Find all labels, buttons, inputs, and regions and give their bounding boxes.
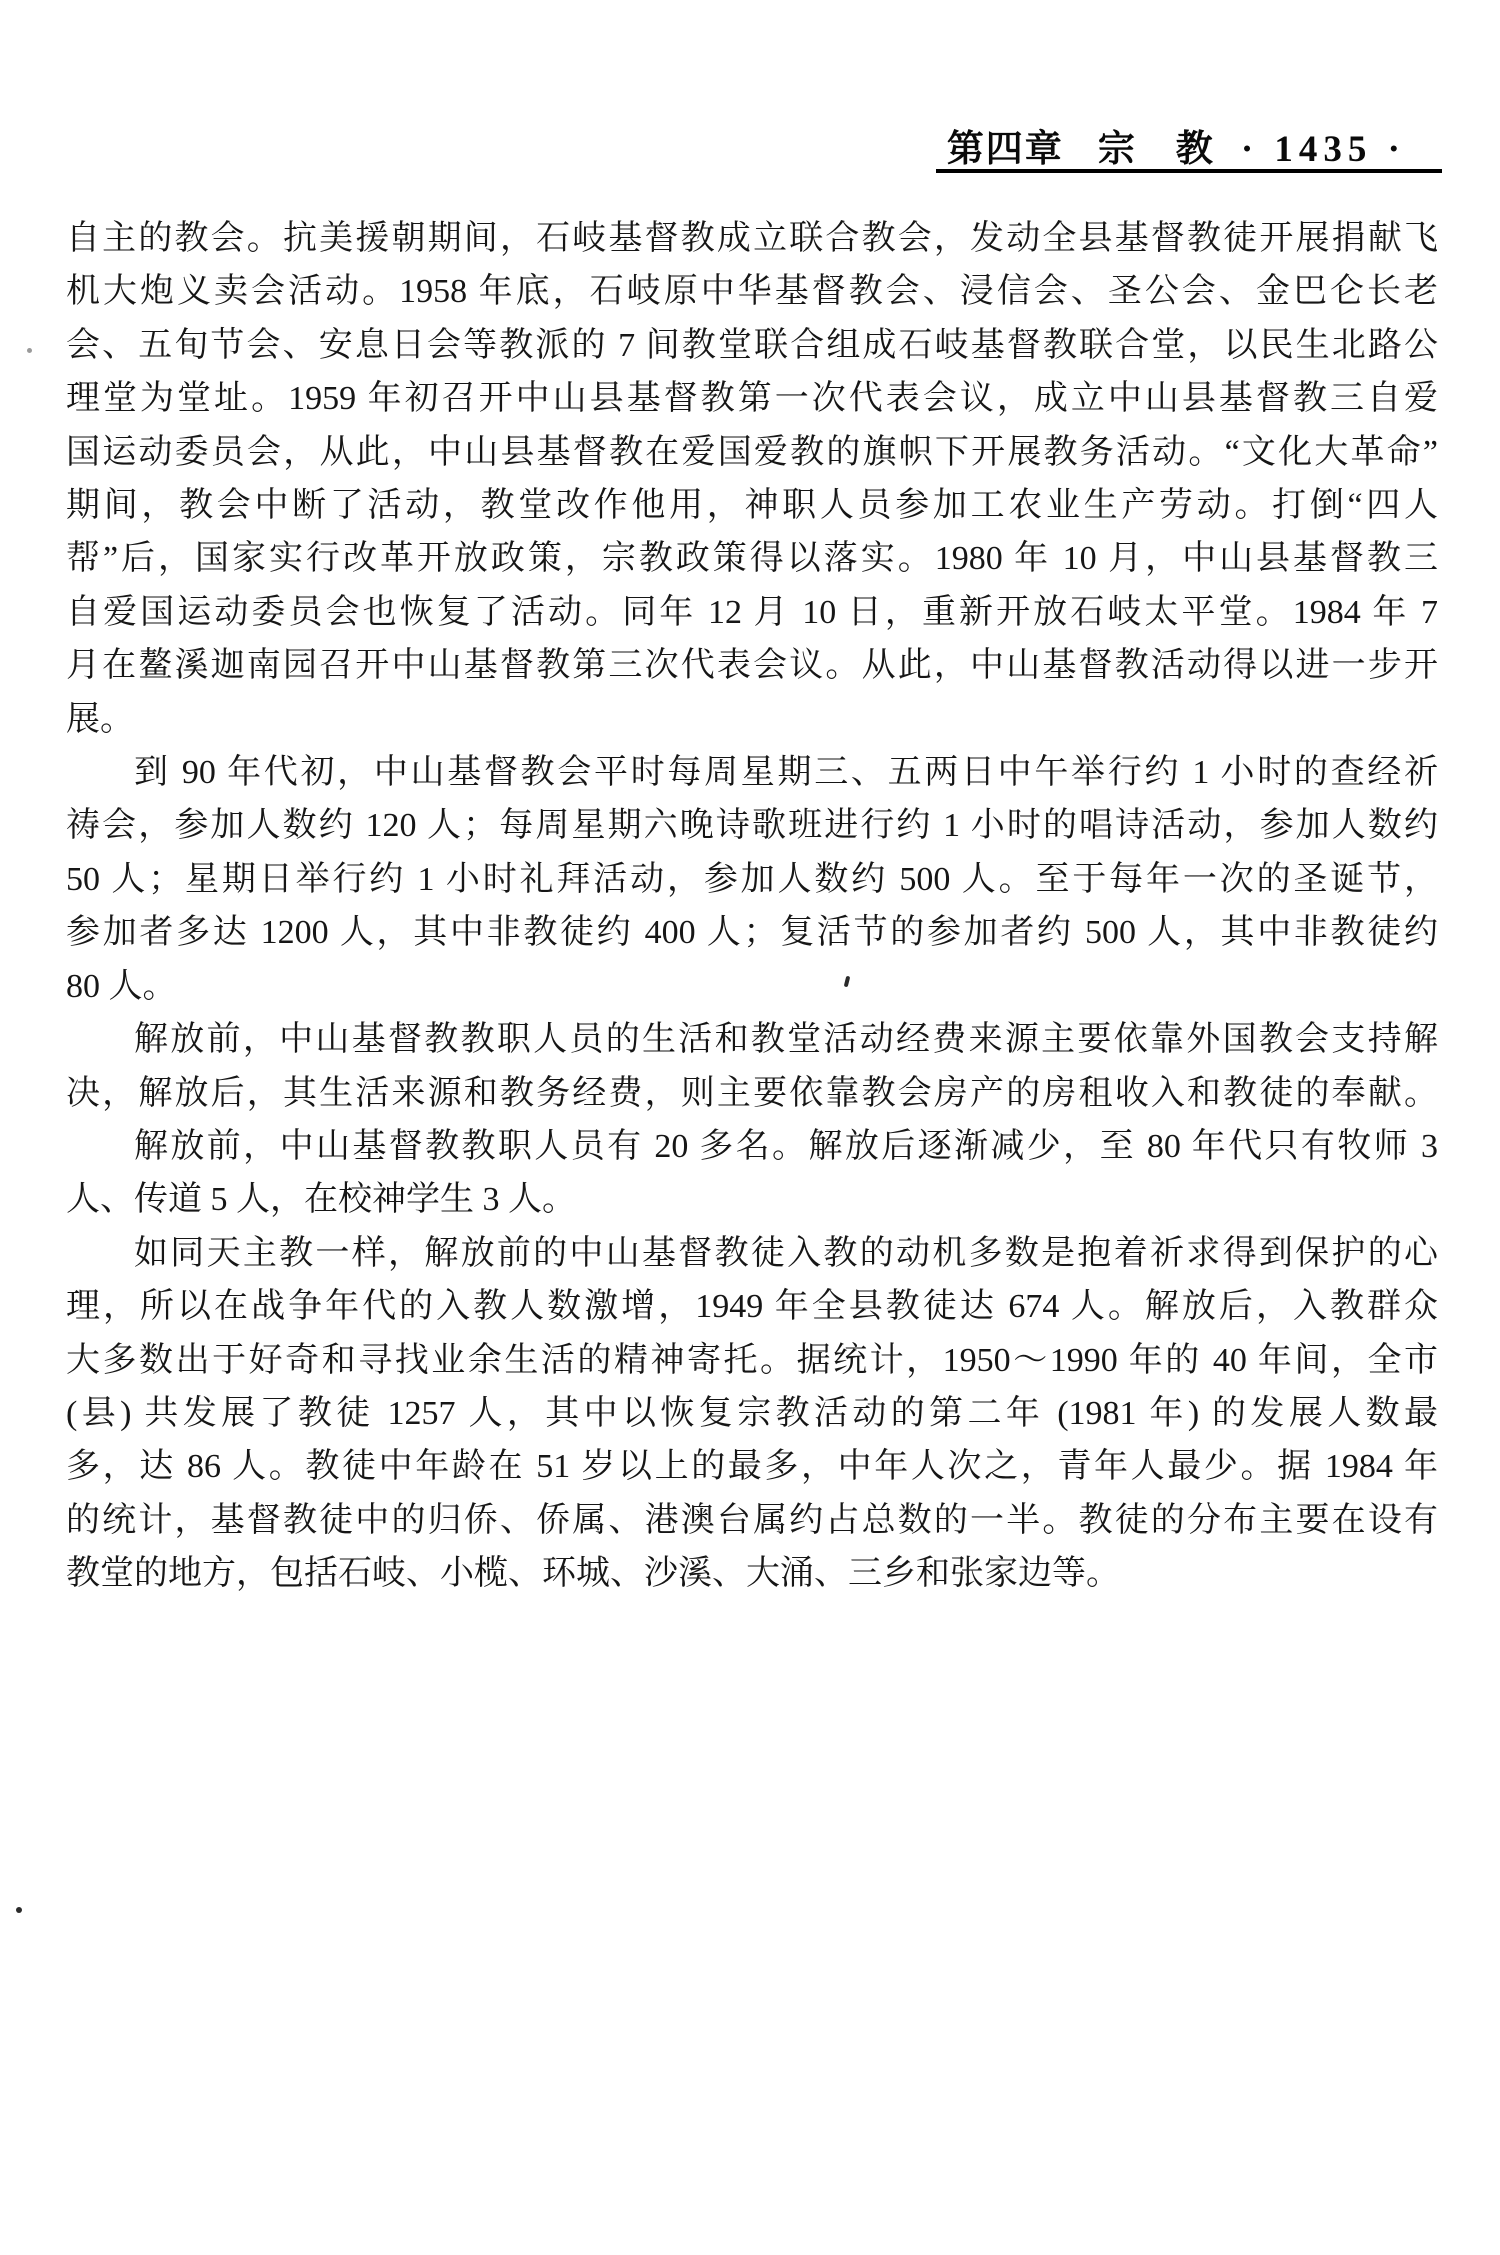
text-line: (县) 共发展了教徒 1257 人，其中以恢复宗教活动的第二年 (1981 年)… (66, 1387, 1438, 1440)
page-header: 第四章 宗 教 · 1435 · (936, 118, 1442, 168)
text-line: 会、五旬节会、安息日会等教派的 7 间教堂联合组成石岐基督教联合堂，以民生北路公 (66, 319, 1438, 372)
header-rule (936, 169, 1442, 173)
chapter-label: 第四章 (947, 118, 1064, 172)
text-line: 祷会，参加人数约 120 人；每周星期六晚诗歌班进行约 1 小时的唱诗活动，参加… (66, 799, 1438, 852)
text-line: 大多数出于好奇和寻找业余生活的精神寄托。据统计，1950～1990 年的 40 … (66, 1334, 1438, 1387)
text-line: 人、传道 5 人，在校神学生 3 人。 (66, 1173, 1438, 1226)
text-line: 50 人；星期日举行约 1 小时礼拜活动，参加人数约 500 人。至于每年一次的… (66, 853, 1438, 906)
text-line: 教堂的地方，包括石岐、小榄、环城、沙溪、大涌、三乡和张家边等。 (66, 1547, 1438, 1600)
text-line: 到 90 年代初，中山基督教会平时每周星期三、五两日中午举行约 1 小时的查经祈 (66, 746, 1438, 799)
paragraph: 如同天主教一样，解放前的中山基督教徒入教的动机多数是抱着祈求得到保护的心理，所以… (66, 1227, 1438, 1601)
page-number: · 1435 · (1241, 128, 1406, 171)
paragraph: 解放前，中山基督教教职人员有 20 多名。解放后逐渐减少，至 80 年代只有牧师… (66, 1120, 1438, 1227)
text-line: 自爱国运动委员会也恢复了活动。同年 12 月 10 日，重新开放石岐太平堂。19… (66, 586, 1438, 639)
scanned-book-page: 第四章 宗 教 · 1435 · 自主的教会。抗美援朝期间，石岐基督教成立联合教… (0, 0, 1500, 2255)
section-title: 宗 教 (1098, 118, 1215, 172)
page-text: 自主的教会。抗美援朝期间，石岐基督教成立联合教会，发动全县基督教徒开展捐献飞机大… (66, 212, 1438, 1601)
text-line: 解放前，中山基督教教职人员有 20 多名。解放后逐渐减少，至 80 年代只有牧师… (66, 1120, 1438, 1173)
text-line: 如同天主教一样，解放前的中山基督教徒入教的动机多数是抱着祈求得到保护的心 (66, 1227, 1438, 1280)
text-line: 决，解放后，其生活来源和教务经费，则主要依靠教会房产的房租收入和教徒的奉献。 (66, 1067, 1438, 1120)
paragraph: 到 90 年代初，中山基督教会平时每周星期三、五两日中午举行约 1 小时的查经祈… (66, 746, 1438, 1013)
text-line: 国运动委员会，从此，中山县基督教在爱国爱教的旗帜下开展教务活动。“文化大革命” (66, 426, 1438, 479)
text-line: 理，所以在战争年代的入教人数激增，1949 年全县教徒达 674 人。解放后，入… (66, 1280, 1438, 1333)
text-line: 自主的教会。抗美援朝期间，石岐基督教成立联合教会，发动全县基督教徒开展捐献飞 (66, 212, 1438, 265)
text-line: 展。 (66, 693, 1438, 746)
text-line: 机大炮义卖会活动。1958 年底，石岐原中华基督教会、浸信会、圣公会、金巴仑长老 (66, 265, 1438, 318)
text-line: 80 人。 (66, 960, 1438, 1013)
text-line: 帮”后，国家实行改革开放政策，宗教政策得以落实。1980 年 10 月，中山县基… (66, 532, 1438, 585)
text-line: 的统计，基督教徒中的归侨、侨属、港澳台属约占总数的一半。教徒的分布主要在设有 (66, 1494, 1438, 1547)
paragraph: 自主的教会。抗美援朝期间，石岐基督教成立联合教会，发动全县基督教徒开展捐献飞机大… (66, 212, 1438, 746)
paragraph: 解放前，中山基督教教职人员的生活和教堂活动经费来源主要依靠外国教会支持解决，解放… (66, 1013, 1438, 1120)
scan-speck (16, 1907, 22, 1913)
text-line: 解放前，中山基督教教职人员的生活和教堂活动经费来源主要依靠外国教会支持解 (66, 1013, 1438, 1066)
text-line: 参加者多达 1200 人，其中非教徒约 400 人；复活节的参加者约 500 人… (66, 906, 1438, 959)
running-header: 第四章 宗 教 · 1435 · (947, 118, 1406, 172)
text-line: 理堂为堂址。1959 年初召开中山县基督教第一次代表会议，成立中山县基督教三自爱 (66, 372, 1438, 425)
text-line: 多，达 86 人。教徒中年龄在 51 岁以上的最多，中年人次之，青年人最少。据 … (66, 1440, 1438, 1493)
text-line: 月在鳌溪迦南园召开中山基督教第三次代表会议。从此，中山基督教活动得以进一步开 (66, 639, 1438, 692)
scan-speck (27, 348, 32, 353)
text-line: 期间，教会中断了活动，教堂改作他用，神职人员参加工农业生产劳动。打倒“四人 (66, 479, 1438, 532)
